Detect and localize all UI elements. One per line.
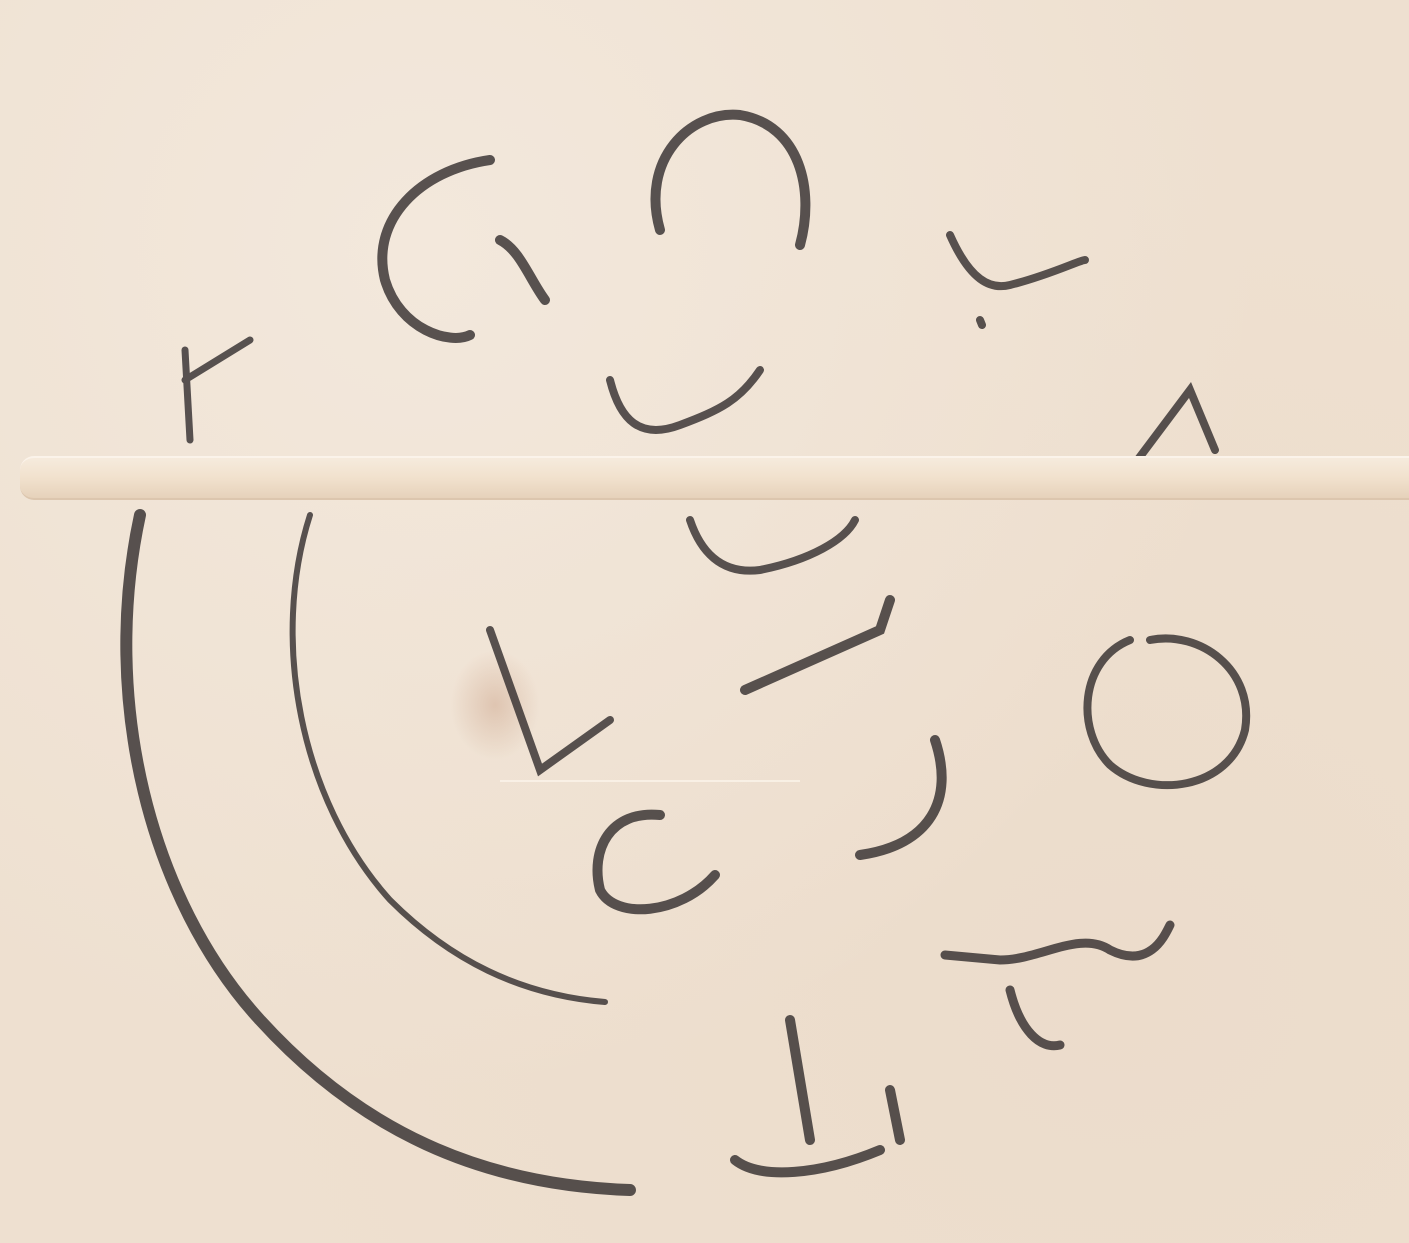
fold-ridge [20, 456, 1409, 500]
glyph-C [598, 815, 716, 910]
glyph-O-right [1087, 638, 1246, 785]
glyph-mark-right [950, 235, 1085, 325]
glyph-R [945, 925, 1170, 1046]
glyph-E [735, 1020, 900, 1172]
postmark-stamp [0, 0, 1409, 1243]
paper-sheet [0, 0, 1409, 1243]
glyph-Y-left [185, 340, 250, 440]
glyph-S [610, 370, 760, 430]
glyph-J [860, 740, 942, 855]
glyph-O-top [655, 115, 805, 245]
paper-fold [0, 450, 1409, 510]
outer-ring-arc [126, 515, 630, 1190]
glyph-V [490, 630, 610, 770]
glyph-D-upper [690, 520, 855, 571]
glyph-G [382, 160, 545, 338]
glyph-bar [745, 600, 890, 690]
